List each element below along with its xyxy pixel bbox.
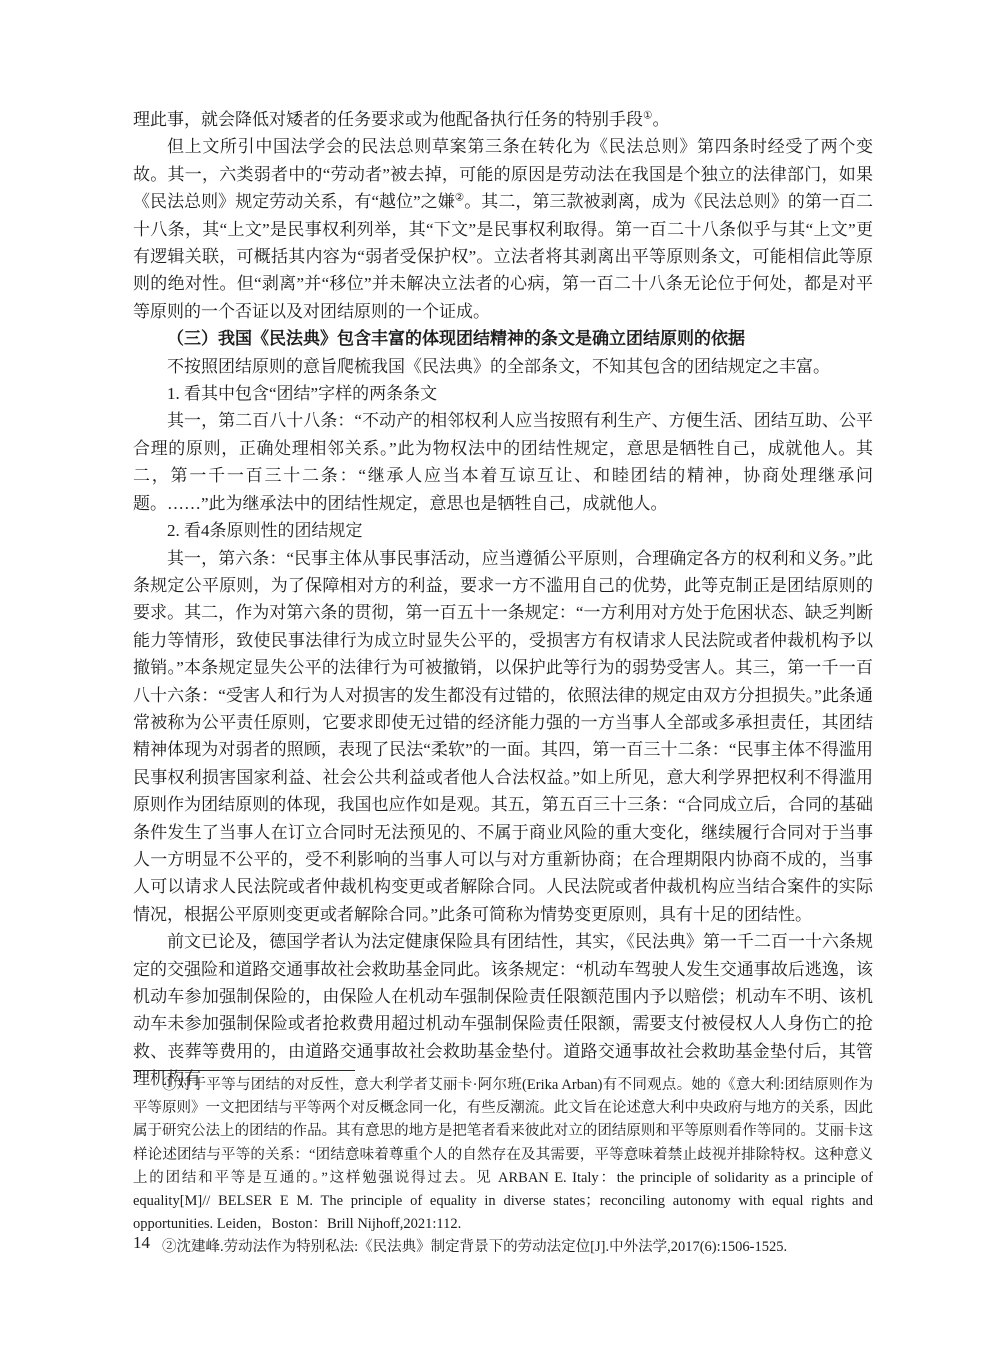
paragraph-continuation: 理此事，就会降低对矮者的任务要求或为他配备执行任务的特别手段①。 [133,106,873,133]
section-heading: （三）我国《民法典》包含丰富的体现团结精神的条文是确立团结原则的依据 [133,325,873,352]
paragraph-text: 理此事，就会降低对矮者的任务要求或为他配备执行任务的特别手段 [133,110,643,129]
footnote-separator [133,1070,355,1071]
paragraph: 其一，第二百八十八条：“不动产的相邻权利人应当按照有利生产、方便生活、团结互助、… [133,407,873,517]
article-body: 理此事，就会降低对矮者的任务要求或为他配备执行任务的特别手段①。 但上文所引中国… [133,106,873,1093]
numbered-subheading-1: 1. 看其中包含“团结”字样的两条条文 [133,380,873,407]
paragraph: 不按照团结原则的意旨爬梳我国《民法典》的全部条文，不知其包含的团结规定之丰富。 [133,353,873,380]
paragraph-text: 。 [652,110,669,129]
paragraph: 但上文所引中国法学会的民法总则草案第三条在转化为《民法总则》第四条时经受了两个变… [133,133,873,325]
paragraph-text: 。其二，第三款被剥离，成为《民法总则》的第一百二十八条，其“上文”是民事权利列举… [133,192,873,321]
numbered-subheading-2: 2. 看4条原则性的团结规定 [133,517,873,544]
footnote-ref-2: ② [455,193,464,204]
document-page: 理此事，就会降低对矮者的任务要求或为他配备执行任务的特别手段①。 但上文所引中国… [0,0,1000,1347]
footnote-2: ②沈建峰.劳动法作为特别私法:《民法典》制定背景下的劳动法定位[J].中外法学,… [133,1236,873,1259]
page-number: 14 [133,1233,150,1253]
paragraph: 前文已论及，德国学者认为法定健康保险具有团结性，其实，《民法典》第一千二百一十六… [133,928,873,1092]
footnotes-section: ①对于平等与团结的对反性，意大利学者艾丽卡·阿尔班(Erika Arban)有不… [133,1074,873,1260]
paragraph: 其一，第六条：“民事主体从事民事活动，应当遵循公平原则，合理确定各方的权利和义务… [133,545,873,929]
footnote-1: ①对于平等与团结的对反性，意大利学者艾丽卡·阿尔班(Erika Arban)有不… [133,1074,873,1236]
